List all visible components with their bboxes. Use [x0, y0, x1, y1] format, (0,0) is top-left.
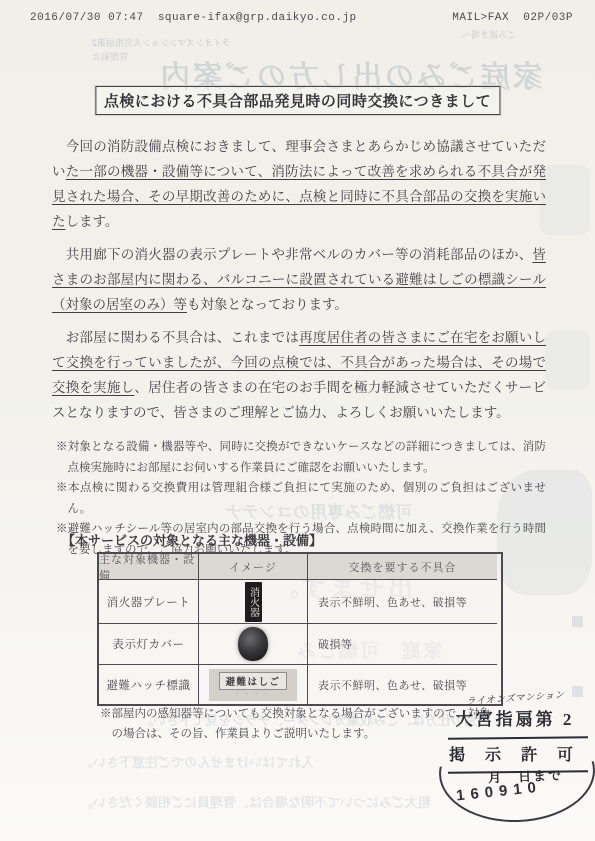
indicator-lamp-cover-icon	[238, 627, 268, 661]
escape-ladder-sign-subtext: - - - -	[236, 691, 270, 697]
note-item: ※対象となる設備・機器等や、同時に交換ができないケースなどの詳細につきましては、…	[56, 437, 546, 478]
table-row-name: 消火器プレート	[99, 580, 199, 624]
bleedthrough-text: ごみ置き場へ	[462, 28, 516, 41]
table-row-defect: 表示不鮮明、色あせ、破損等	[308, 580, 497, 624]
fire-extinguisher-plate-icon: 消火器	[245, 582, 262, 622]
notice-title: 点検における不具合部品発見時の同時交換につきまして	[95, 86, 500, 115]
table-row-image	[199, 624, 308, 665]
escape-ladder-sign-label: 避難はしご	[219, 672, 286, 690]
column-header-equipment: 主な対象機器・設備	[99, 554, 199, 580]
table-row-image: 消火器	[199, 580, 308, 624]
stamp-building-name: 大宮指扇第 2	[440, 705, 590, 730]
column-header-image: イメージ	[199, 554, 308, 580]
bleedthrough-text: ライオンズマンション大宮指扇第2	[92, 36, 231, 49]
scanned-fax-page: ライオンズマンション大宮指扇第2 管理組合 ごみ置き場へ 家庭ごみの出し方のご案…	[0, 0, 595, 841]
equipment-table: 主な対象機器・設備 イメージ 交換を要する不具合 消火器プレート 消火器 表示不…	[97, 552, 503, 706]
escape-hatch-sign-icon: 避難はしご - - - -	[209, 669, 297, 701]
bleedthrough-photo-blob	[545, 330, 590, 390]
bleedthrough-text: 粗大ごみについて不明な場合は、管理員にご相談ください。	[80, 792, 431, 811]
fax-timestamp-sender: 2016/07/30 07:47 square-ifax@grp.daikyo.…	[30, 12, 357, 24]
bleedthrough-text: 管理組合	[92, 50, 128, 63]
bleedthrough-photo-blob	[540, 165, 590, 235]
table-section-heading: 【本サービスの対象となる主な機器・設備】	[62, 530, 322, 549]
paragraph: 今回の消防設備点検におきまして、理事会さまとあらかじめ協議させていただいた一部の…	[52, 134, 546, 234]
note-item: ※本点検に関わる交換費用は管理組合様ご負担にて実施のため、個別のご負担はございま…	[56, 478, 546, 519]
table-row-image: 避難はしご - - - -	[199, 665, 308, 704]
document-body: 今回の消防設備点検におきまして、理事会さまとあらかじめ協議させていただいた一部の…	[52, 134, 546, 560]
table-row-defect: 破損等	[308, 624, 497, 665]
bleedthrough-text: 入れてはいけませんのでご注意下さい。	[80, 752, 314, 771]
stamp-permit-text: 掲 示 許 可	[440, 742, 590, 765]
stamp-divider	[448, 736, 588, 739]
paragraph: 共用廊下の消火器の表示プレートや非常ベルのカバー等の消耗部品のほか、皆さまのお部…	[52, 242, 546, 317]
approval-stamp: ライオンズマンション 大宮指扇第 2 掲 示 許 可 月 日まで 160910	[430, 690, 595, 825]
paragraph: お部屋に関わる不具合は、これまでは再度居住者の皆さまにご在宅をお願いして交換を行…	[52, 325, 546, 425]
table-row-name: 表示灯カバー	[99, 624, 199, 665]
table-row-name: 避難ハッチ標識	[99, 665, 199, 704]
bleedthrough-bullet	[572, 616, 583, 627]
column-header-defect: 交換を要する不具合	[308, 554, 497, 580]
fax-page-counter: MAIL>FAX 02P/03P	[452, 12, 573, 24]
